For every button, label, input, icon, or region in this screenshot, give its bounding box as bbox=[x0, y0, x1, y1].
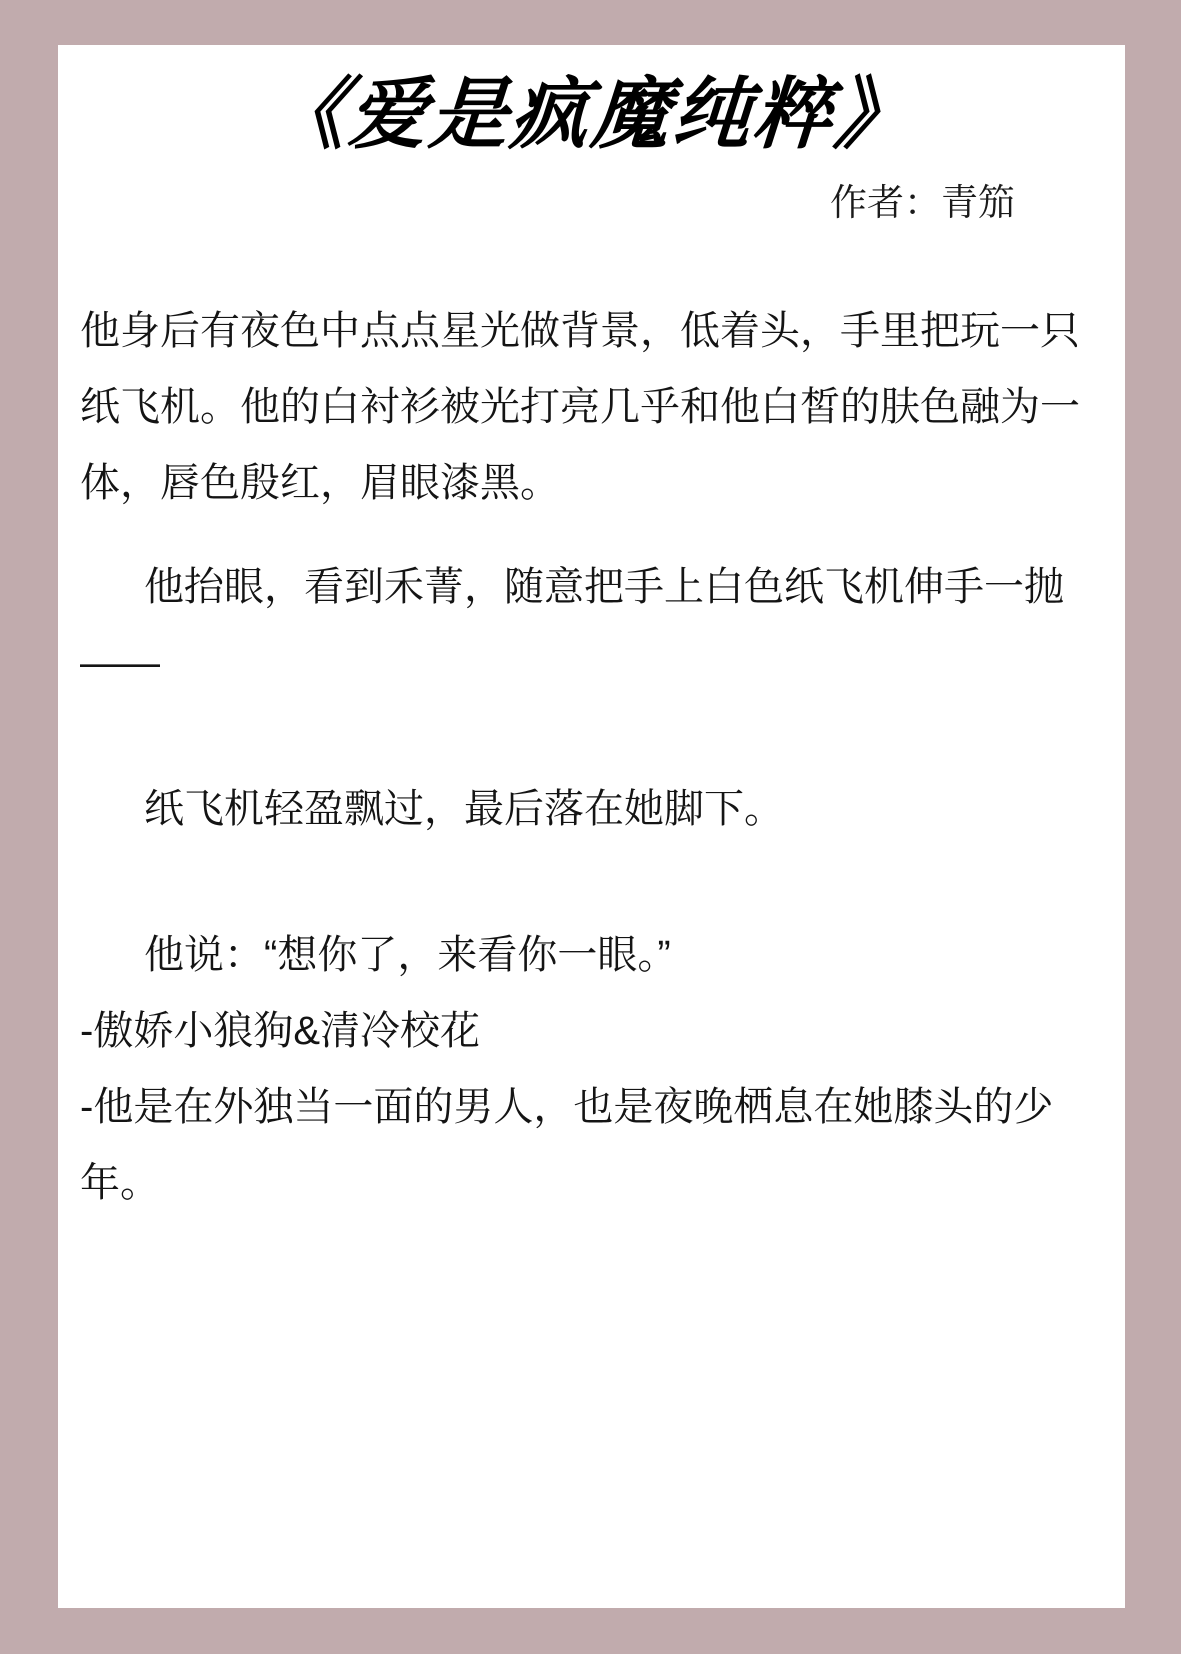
tag-line-pairing: -傲娇小狼狗&清冷校花 bbox=[80, 993, 1095, 1069]
story-paragraph-3: 纸飞机轻盈飘过，最后落在她脚下。 bbox=[80, 771, 1095, 847]
story-paragraph-1: 他身后有夜色中点点星光做背景，低着头，手里把玩一只纸飞机。他的白衬衫被光打亮几乎… bbox=[80, 293, 1095, 521]
book-title: 《爱是疯魔纯粹》 bbox=[55, 65, 1129, 165]
story-body: 他身后有夜色中点点星光做背景，低着头，手里把玩一只纸飞机。他的白衬衫被光打亮几乎… bbox=[58, 293, 1125, 1221]
page-frame: 《爱是疯魔纯粹》 作者：青笳 他身后有夜色中点点星光做背景，低着头，手里把玩一只… bbox=[0, 0, 1181, 1654]
story-paragraph-2: 他抬眼，看到禾菁，随意把手上白色纸飞机伸手一抛—— bbox=[80, 549, 1095, 701]
content-sheet: 《爱是疯魔纯粹》 作者：青笳 他身后有夜色中点点星光做背景，低着头，手里把玩一只… bbox=[58, 45, 1125, 1608]
author-line: 作者：青笳 bbox=[58, 179, 1125, 227]
tag-line-description: -他是在外独当一面的男人，也是夜晚栖息在她膝头的少年。 bbox=[80, 1069, 1095, 1221]
story-paragraph-4: 他说：“想你了，来看你一眼。” bbox=[80, 917, 1095, 993]
